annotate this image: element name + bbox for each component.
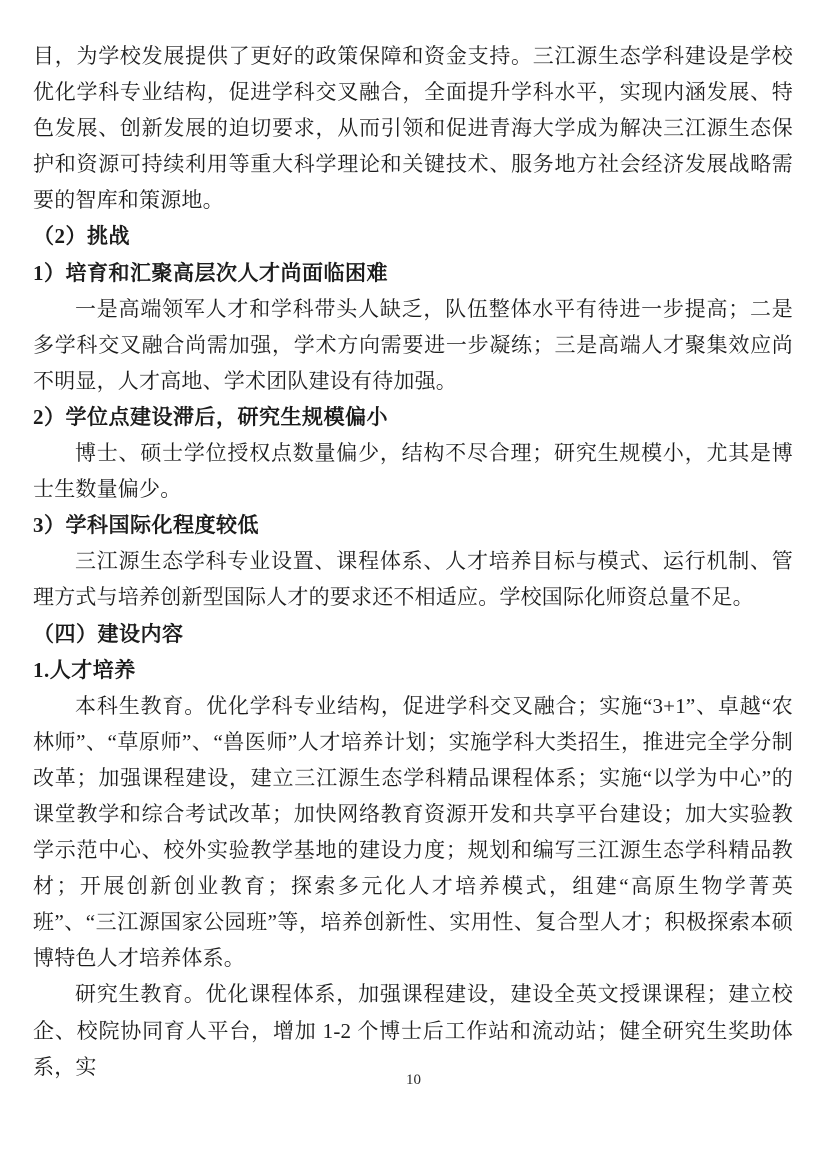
page-number: 10	[0, 1070, 827, 1090]
document-page: 目，为学校发展提供了更好的政策保障和资金支持。三江源生态学科建设是学校优化学科专…	[0, 0, 827, 1170]
body-paragraph: 一是高端领军人才和学科带头人缺乏，队伍整体水平有待进一步提高；二是多学科交叉融合…	[33, 291, 793, 399]
body-paragraph: 目，为学校发展提供了更好的政策保障和资金支持。三江源生态学科建设是学校优化学科专…	[33, 38, 793, 218]
sub-heading-degree-points: 2）学位点建设滞后，研究生规模偏小	[33, 399, 793, 435]
page-content: 目，为学校发展提供了更好的政策保障和资金支持。三江源生态学科建设是学校优化学科专…	[33, 38, 793, 1085]
sub-heading-talent-cultivation: 1.人才培养	[33, 652, 793, 688]
section-heading-challenges: （2）挑战	[33, 218, 793, 254]
body-paragraph: 三江源生态学科专业设置、课程体系、人才培养目标与模式、运行机制、管理方式与培养创…	[33, 543, 793, 615]
body-paragraph: 本科生教育。优化学科专业结构，促进学科交叉融合；实施“3+1”、卓越“农林师”、…	[33, 688, 793, 977]
body-paragraph: 博士、硕士学位授权点数量偏少，结构不尽合理；研究生规模小，尤其是博士生数量偏少。	[33, 435, 793, 507]
sub-heading-internationalization: 3）学科国际化程度较低	[33, 507, 793, 543]
body-paragraph: 研究生教育。优化课程体系，加强课程建设，建设全英文授课课程；建立校企、校院协同育…	[33, 976, 793, 1084]
section-heading-construction-content: （四）建设内容	[33, 616, 793, 652]
sub-heading-talent-difficulty: 1）培育和汇聚高层次人才尚面临困难	[33, 255, 793, 291]
